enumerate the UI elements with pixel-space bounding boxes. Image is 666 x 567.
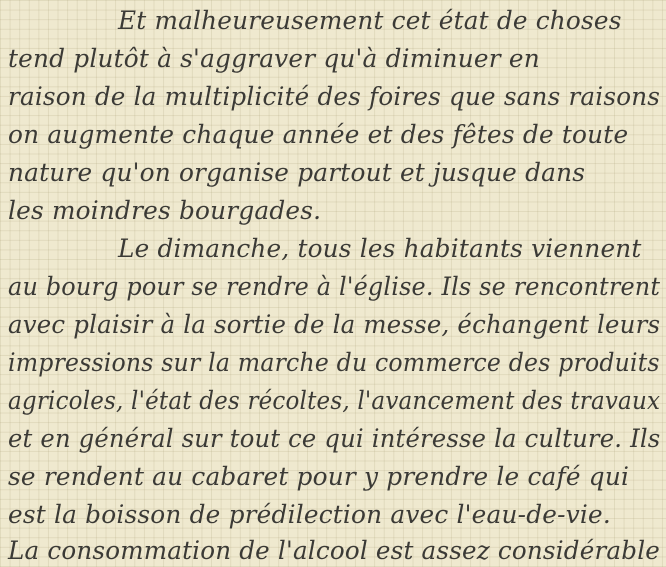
- text-line: Et malheureusement cet état de choses: [118, 6, 660, 35]
- text-line: agricoles, l'état des récoltes, l'avance…: [8, 386, 614, 415]
- text-line: les moindres bourgades.: [8, 196, 660, 225]
- text-line: avec plaisir à la sortie de la messe, éc…: [8, 310, 651, 339]
- text-line: est la boisson de prédilection avec l'ea…: [8, 500, 660, 529]
- text-line: nature qu'on organise partout et jusque …: [8, 158, 660, 187]
- text-line: impressions sur la marche du commerce de…: [8, 348, 629, 377]
- text-line: La consommation de l'alcool est assez co…: [8, 536, 655, 565]
- text-line: Le dimanche, tous les habitants viennent: [118, 234, 660, 263]
- text-line: et en général sur tout ce qui intéresse …: [8, 424, 646, 453]
- text-line: on augmente chaque année et des fêtes de…: [8, 120, 660, 149]
- text-line: tend plutôt à s'aggraver qu'à diminuer e…: [8, 44, 660, 73]
- manuscript-page: Et malheureusement cet état de choses te…: [0, 0, 666, 567]
- text-line: raison de la multiplicité des foires que…: [8, 82, 656, 111]
- text-line: se rendent au cabaret pour y prendre le …: [8, 462, 660, 491]
- text-line: au bourg pour se rendre à l'église. Ils …: [8, 272, 637, 301]
